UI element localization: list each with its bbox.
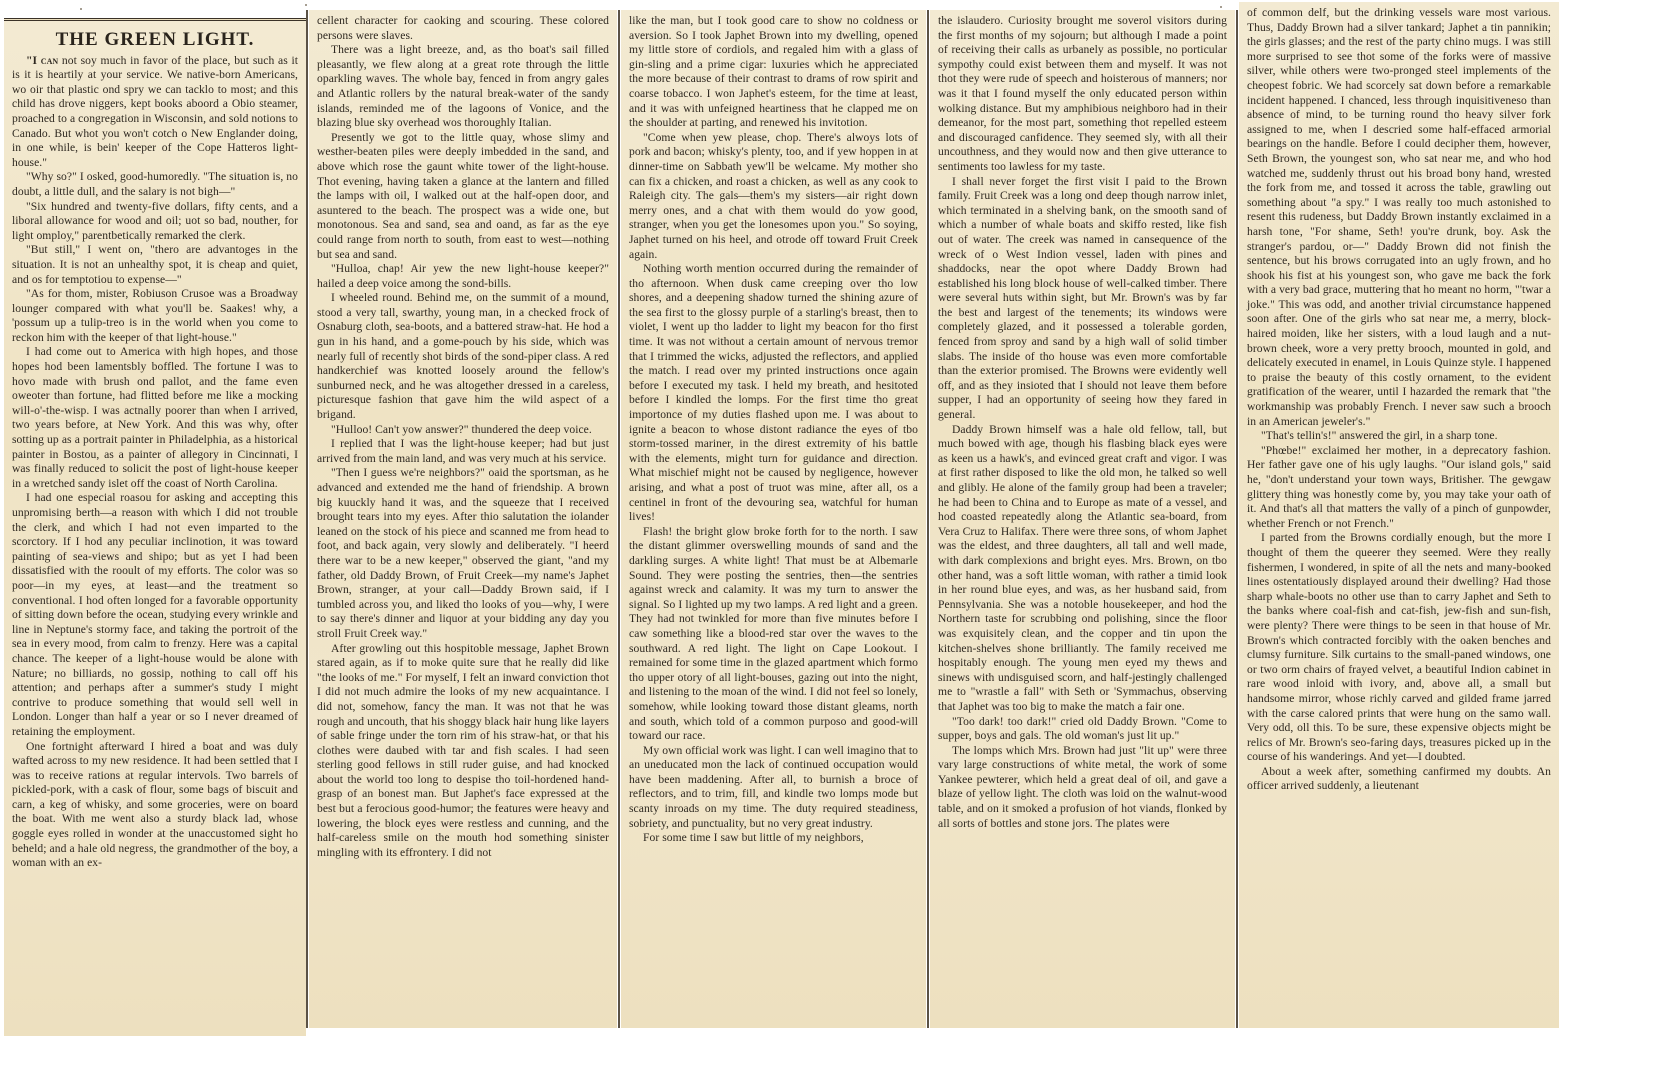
paragraph: For some time I saw but little of my nei… bbox=[629, 831, 918, 846]
paragraph: "Too dark! too dark!" cried old Daddy Br… bbox=[938, 715, 1227, 744]
drop-lead: "I can bbox=[26, 54, 58, 67]
paragraph: "As for thom, mister, Robiuson Crusoe wa… bbox=[12, 287, 298, 345]
paragraph: the islaudero. Curiosity brought me sove… bbox=[938, 14, 1227, 175]
newspaper-clipping: THE GREEN LIGHT. "I can not soy much in … bbox=[0, 0, 1667, 1080]
paragraph: One fortnight afterward I hired a boat a… bbox=[12, 740, 298, 871]
paragraph: "Hulloa, chap! Air yew the new light-hou… bbox=[317, 262, 609, 291]
paragraph: Presently we got to the little quay, who… bbox=[317, 131, 609, 262]
column-rule bbox=[1236, 10, 1238, 1028]
paragraph: "That's tellin's!" answered the girl, in… bbox=[1247, 429, 1551, 444]
paragraph: Flash! the bright glow broke forth for t… bbox=[629, 525, 918, 744]
paragraph: cellent character for caoking and scouri… bbox=[317, 14, 609, 43]
paragraph: I replied that I was the light-house kee… bbox=[317, 437, 609, 466]
scan-margin bbox=[1559, 0, 1667, 1080]
column-rule bbox=[927, 10, 929, 1028]
scan-speck bbox=[80, 8, 82, 10]
paragraph: "Hulloo! Can't yow answer?" thundered th… bbox=[317, 423, 609, 438]
paragraph: "Six hundred and twenty-five dollars, fi… bbox=[12, 200, 298, 244]
paragraph: "But still," I went on, "thero are advan… bbox=[12, 243, 298, 287]
paragraph: I parted from the Browns cordially enoug… bbox=[1247, 531, 1551, 765]
column-rule bbox=[618, 10, 620, 1028]
paragraph: My own official work was light. I can we… bbox=[629, 744, 918, 832]
paragraph: "Why so?" I osked, good-humoredly. "The … bbox=[12, 170, 298, 199]
paragraph: "Phœbe!" exclaimed her mother, in a depr… bbox=[1247, 444, 1551, 532]
paragraph: "Then I guess we're neighbors?" oaid the… bbox=[317, 466, 609, 641]
paragraph: I had one especial roasou for asking and… bbox=[12, 491, 298, 739]
paragraph: "Come when yew please, chop. There's alw… bbox=[629, 131, 918, 262]
paragraph: Nothing worth mention occurred during th… bbox=[629, 262, 918, 525]
article-title: THE GREEN LIGHT. bbox=[12, 33, 298, 48]
paragraph: of common delf, but the drinking vessels… bbox=[1247, 6, 1551, 429]
paragraph: I had come out to America with high hope… bbox=[12, 345, 298, 491]
column-5: of common delf, but the drinking vessels… bbox=[1239, 2, 1559, 1028]
column-3: like the man, but I took good care to sh… bbox=[621, 10, 926, 1028]
paragraph: About a week after, something canfirmed … bbox=[1247, 765, 1551, 794]
column-2: cellent character for caoking and scouri… bbox=[309, 10, 617, 1028]
paragraph: The lomps which Mrs. Brown had just "lit… bbox=[938, 744, 1227, 832]
column-1: THE GREEN LIGHT. "I can not soy much in … bbox=[4, 18, 306, 1036]
paragraph: "I can not soy much in favor of the plac… bbox=[12, 54, 298, 171]
scan-speck bbox=[1220, 6, 1222, 8]
paragraph: I wheeled round. Behind me, on the summi… bbox=[317, 291, 609, 422]
paragraph: Daddy Brown himself was a hale old fello… bbox=[938, 423, 1227, 715]
paragraph: like the man, but I took good care to sh… bbox=[629, 14, 918, 131]
paragraph: There was a light breeze, and, as tho bo… bbox=[317, 43, 609, 131]
scan-speck bbox=[305, 4, 307, 6]
paragraph: I shall never forget the first visit I p… bbox=[938, 175, 1227, 423]
column-rule bbox=[306, 10, 308, 1028]
column-4: the islaudero. Curiosity brought me sove… bbox=[930, 10, 1235, 1028]
paragraph: After growling out this hospitoble messa… bbox=[317, 642, 609, 861]
